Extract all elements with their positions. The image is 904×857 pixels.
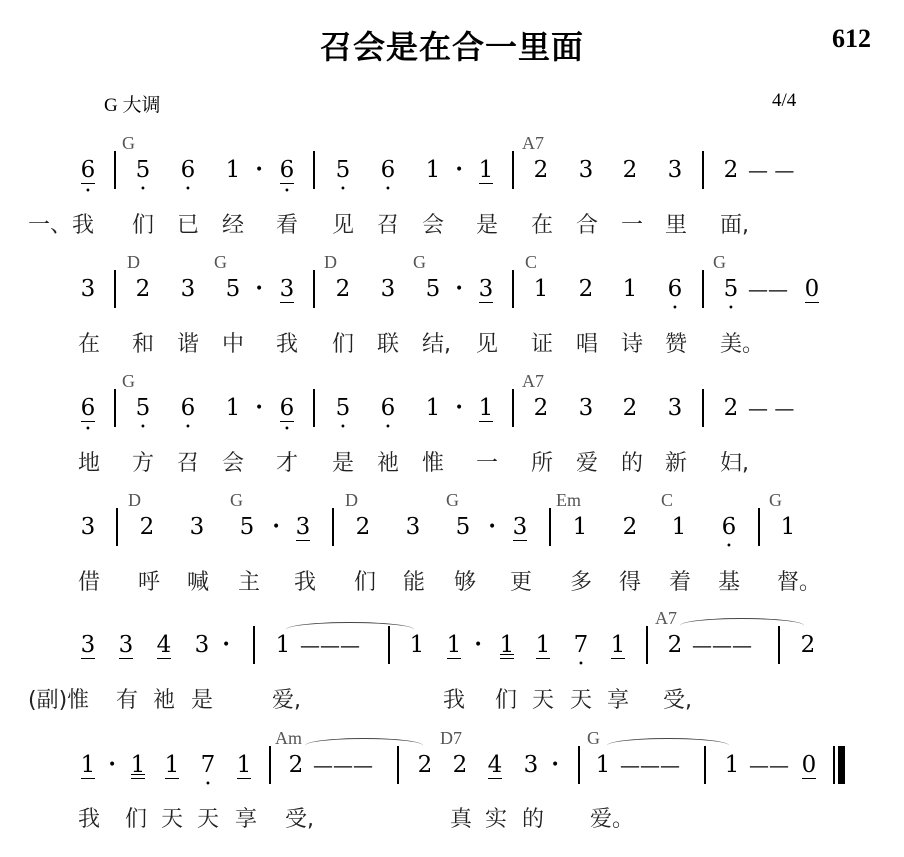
augmentation-dot: • bbox=[474, 630, 482, 660]
augmentation-dot: • bbox=[108, 750, 116, 780]
note: 7 bbox=[571, 630, 591, 660]
lyrics-line-2: 在 和 谐 中 我 们 联 结, 见 证 唱 诗 赞 美。 bbox=[0, 327, 904, 387]
note: 6 bbox=[665, 274, 685, 304]
lyrics-line-6: 我 们 天 天 享 受, 真 实 的 爱。 bbox=[0, 802, 904, 857]
chord: G bbox=[214, 252, 227, 273]
note: 3 bbox=[187, 512, 207, 542]
note: 2 bbox=[137, 512, 157, 542]
note: 2 bbox=[133, 274, 153, 304]
note: 1 bbox=[162, 750, 182, 780]
chord: G bbox=[413, 252, 426, 273]
note: 3 bbox=[576, 393, 596, 423]
barline bbox=[704, 746, 706, 784]
notation-line-2: D G D G C G 3 2 3 5 • 3 2 3 5 • 3 1 2 1 … bbox=[0, 274, 904, 334]
note: 2 bbox=[721, 393, 741, 423]
augmentation-dot: • bbox=[255, 155, 263, 185]
barline bbox=[116, 508, 118, 546]
note: 2 bbox=[353, 512, 373, 542]
lyric: 督。 bbox=[777, 565, 821, 596]
lyric: 喊 bbox=[187, 565, 209, 596]
note: 3 bbox=[277, 274, 297, 304]
lyric: 联 bbox=[377, 327, 399, 358]
note: 2 bbox=[620, 393, 640, 423]
lyric: 们 bbox=[495, 683, 517, 714]
note: 2 bbox=[620, 155, 640, 185]
lyric: 爱 bbox=[576, 446, 598, 477]
note: 4 bbox=[154, 630, 174, 660]
chord: D bbox=[127, 252, 140, 273]
hold-dash: —— bbox=[749, 750, 789, 780]
lyric: 我 bbox=[276, 327, 298, 358]
chord: D7 bbox=[440, 728, 462, 749]
lyric: 面, bbox=[720, 208, 749, 239]
chord: G bbox=[230, 490, 243, 511]
note: 3 bbox=[510, 512, 530, 542]
lyric: 合 bbox=[576, 208, 598, 239]
note: 3 bbox=[116, 630, 136, 660]
lyric: 新 bbox=[665, 446, 687, 477]
note: 6 bbox=[719, 512, 739, 542]
lyric: 我 bbox=[294, 565, 316, 596]
lyric: 证 bbox=[531, 327, 553, 358]
note: 5 bbox=[333, 155, 353, 185]
barline bbox=[313, 270, 315, 308]
note: 5 bbox=[133, 393, 153, 423]
lyric: 主 bbox=[238, 565, 260, 596]
barline bbox=[778, 626, 780, 664]
note: 6 bbox=[378, 393, 398, 423]
chord: A7 bbox=[522, 133, 544, 154]
lyric: (副)惟 bbox=[28, 683, 89, 714]
augmentation-dot: • bbox=[255, 393, 263, 423]
note: 6 bbox=[178, 393, 198, 423]
chord: Am bbox=[275, 728, 302, 749]
note: 3 bbox=[476, 274, 496, 304]
lyric: 受, bbox=[663, 683, 692, 714]
lyric: 一 bbox=[621, 208, 643, 239]
lyric: 我 bbox=[78, 802, 100, 833]
barline bbox=[332, 508, 334, 546]
hold-dash: — — bbox=[748, 155, 794, 185]
lyric: 会 bbox=[222, 446, 244, 477]
chord: C bbox=[525, 252, 537, 273]
note: 5 bbox=[133, 155, 153, 185]
lyric: 是 bbox=[332, 446, 354, 477]
lyrics-line-4: 借 呼 喊 主 我 们 能 够 更 多 得 着 基 督。 bbox=[0, 565, 904, 625]
rest: 0 bbox=[799, 750, 819, 780]
lyric: 天 bbox=[161, 802, 183, 833]
notation-line-1: G A7 6 5 6 1 • 6 5 6 1 • 1 2 3 2 3 2 — — bbox=[0, 155, 904, 215]
lyric: 爱, bbox=[272, 683, 301, 714]
note: 1 bbox=[608, 630, 628, 660]
lyric: 借 bbox=[78, 565, 100, 596]
barline bbox=[114, 389, 116, 427]
note: 2 bbox=[286, 750, 306, 780]
note: 2 bbox=[665, 630, 685, 660]
barline bbox=[702, 389, 704, 427]
lyric: 的 bbox=[621, 446, 643, 477]
lyric: 妇, bbox=[720, 446, 749, 477]
augmentation-dot: • bbox=[488, 512, 496, 542]
barline bbox=[702, 151, 704, 189]
lyric: 结, bbox=[422, 327, 451, 358]
lyric: 们 bbox=[354, 565, 376, 596]
note: 1 bbox=[533, 630, 553, 660]
lyric: 召 bbox=[177, 446, 199, 477]
lyric: 和 bbox=[132, 327, 154, 358]
hymn-number: 612 bbox=[832, 24, 871, 54]
lyric: 惟 bbox=[422, 446, 444, 477]
note: 1 bbox=[78, 750, 98, 780]
barline bbox=[397, 746, 399, 784]
lyric: 真 bbox=[450, 802, 472, 833]
time-signature: 4/4 bbox=[772, 90, 796, 112]
lyric: 祂 bbox=[153, 683, 175, 714]
note: 3 bbox=[665, 393, 685, 423]
note: 3 bbox=[403, 512, 423, 542]
note: 2 bbox=[333, 274, 353, 304]
barline bbox=[388, 626, 390, 664]
augmentation-dot: • bbox=[455, 393, 463, 423]
lyric: 天 bbox=[532, 683, 554, 714]
note: 3 bbox=[178, 274, 198, 304]
augmentation-dot: • bbox=[255, 274, 263, 304]
note: 1 bbox=[497, 630, 517, 660]
note: 2 bbox=[576, 274, 596, 304]
note: 1 bbox=[476, 155, 496, 185]
final-barline-thick bbox=[838, 746, 845, 784]
chord: Em bbox=[556, 490, 581, 511]
lyric: 见 bbox=[332, 208, 354, 239]
note: 5 bbox=[223, 274, 243, 304]
note: 2 bbox=[450, 750, 470, 780]
note: 5 bbox=[721, 274, 741, 304]
note: 6 bbox=[378, 155, 398, 185]
lyric: 一 bbox=[476, 446, 498, 477]
note: 1 bbox=[223, 393, 243, 423]
hymn-title: 召会是在合一里面 bbox=[0, 22, 904, 68]
barline bbox=[269, 746, 271, 784]
lyric: 中 bbox=[222, 327, 244, 358]
note: 1 bbox=[620, 274, 640, 304]
lyric: 天 bbox=[570, 683, 592, 714]
note: 1 bbox=[476, 393, 496, 423]
lyric: 所 bbox=[531, 446, 553, 477]
lyric: 经 bbox=[222, 208, 244, 239]
augmentation-dot: • bbox=[455, 155, 463, 185]
lyric: 们 bbox=[332, 327, 354, 358]
note: 2 bbox=[531, 155, 551, 185]
lyric: 唱 bbox=[576, 327, 598, 358]
note: 1 bbox=[423, 155, 443, 185]
hold-dash: ——— bbox=[300, 630, 360, 660]
chord: D bbox=[324, 252, 337, 273]
augmentation-dot: • bbox=[455, 274, 463, 304]
barline bbox=[114, 151, 116, 189]
notation-line-4: D G D G Em C G 3 2 3 5 • 3 2 3 5 • 3 1 2… bbox=[0, 512, 904, 572]
chord: G bbox=[446, 490, 459, 511]
note: 6 bbox=[78, 155, 98, 185]
lyric: 更 bbox=[510, 565, 532, 596]
note: 3 bbox=[78, 630, 98, 660]
note: 3 bbox=[78, 274, 98, 304]
note: 2 bbox=[721, 155, 741, 185]
lyric: 多 bbox=[570, 565, 592, 596]
lyric: 实 bbox=[485, 802, 507, 833]
note: 2 bbox=[415, 750, 435, 780]
note: 4 bbox=[485, 750, 505, 780]
note: 3 bbox=[192, 630, 212, 660]
barline bbox=[114, 270, 116, 308]
note: 1 bbox=[722, 750, 742, 780]
note: 3 bbox=[78, 512, 98, 542]
chord: G bbox=[713, 252, 726, 273]
lyric: 召 bbox=[377, 208, 399, 239]
lyric: 有 bbox=[116, 683, 138, 714]
note: 1 bbox=[407, 630, 427, 660]
barline bbox=[549, 508, 551, 546]
lyric: 们 bbox=[125, 802, 147, 833]
chord: G bbox=[769, 490, 782, 511]
note: 1 bbox=[273, 630, 293, 660]
key-signature: G 大调 bbox=[104, 90, 160, 117]
note: 3 bbox=[521, 750, 541, 780]
lyric: 谐 bbox=[177, 327, 199, 358]
note: 3 bbox=[576, 155, 596, 185]
lyric: 呼 bbox=[138, 565, 160, 596]
hold-dash: ——— bbox=[313, 750, 373, 780]
lyric: 诗 bbox=[621, 327, 643, 358]
lyric: 天 bbox=[197, 802, 219, 833]
lyric: 爱。 bbox=[590, 802, 634, 833]
lyric: 地 bbox=[78, 446, 100, 477]
lyric: 赞 bbox=[665, 327, 687, 358]
note: 2 bbox=[798, 630, 818, 660]
lyric: 在 bbox=[531, 208, 553, 239]
final-barline-thin bbox=[833, 746, 835, 784]
note: 3 bbox=[293, 512, 313, 542]
chord: D bbox=[128, 490, 141, 511]
augmentation-dot: • bbox=[551, 750, 559, 780]
barline bbox=[646, 626, 648, 664]
lyric: 享 bbox=[607, 683, 629, 714]
lyric: 享 bbox=[235, 802, 257, 833]
barline bbox=[702, 270, 704, 308]
lyric: 得 bbox=[619, 565, 641, 596]
chord: A7 bbox=[655, 608, 677, 629]
lyric: 是 bbox=[191, 683, 213, 714]
hold-dash: — — bbox=[748, 393, 794, 423]
lyric: 能 bbox=[403, 565, 425, 596]
lyric: 是 bbox=[476, 208, 498, 239]
lyric: 基 bbox=[718, 565, 740, 596]
lyric: 一、我 bbox=[28, 208, 94, 239]
notation-line-6: Am D7 G 1 • 1 1 7 1 2 ——— 2 2 4 3 • 1 ——… bbox=[0, 750, 904, 810]
lyric: 见 bbox=[476, 327, 498, 358]
barline bbox=[512, 389, 514, 427]
lyric: 会 bbox=[422, 208, 444, 239]
note: 1 bbox=[223, 155, 243, 185]
barline bbox=[253, 626, 255, 664]
note: 6 bbox=[78, 393, 98, 423]
chord: G bbox=[122, 371, 135, 392]
lyric: 里 bbox=[665, 208, 687, 239]
lyric: 在 bbox=[78, 327, 100, 358]
lyric: 祂 bbox=[377, 446, 399, 477]
barline bbox=[512, 270, 514, 308]
note: 7 bbox=[198, 750, 218, 780]
barline bbox=[512, 151, 514, 189]
rest: 0 bbox=[802, 274, 822, 304]
notation-line-3: G A7 6 5 6 1 • 6 5 6 1 • 1 2 3 2 3 2 — — bbox=[0, 393, 904, 453]
note: 1 bbox=[234, 750, 254, 780]
lyric: 够 bbox=[454, 565, 476, 596]
lyric: 们 bbox=[132, 208, 154, 239]
note: 1 bbox=[778, 512, 798, 542]
lyric: 看 bbox=[276, 208, 298, 239]
note: 1 bbox=[593, 750, 613, 780]
barline bbox=[758, 508, 760, 546]
note: 1 bbox=[531, 274, 551, 304]
note: 5 bbox=[423, 274, 443, 304]
note: 1 bbox=[128, 750, 148, 780]
note: 5 bbox=[237, 512, 257, 542]
note: 5 bbox=[333, 393, 353, 423]
note: 1 bbox=[570, 512, 590, 542]
hold-dash: ——— bbox=[620, 750, 680, 780]
note: 3 bbox=[665, 155, 685, 185]
barline bbox=[313, 151, 315, 189]
lyric: 着 bbox=[669, 565, 691, 596]
augmentation-dot: • bbox=[222, 630, 230, 660]
chord: G bbox=[122, 133, 135, 154]
hold-dash: —— bbox=[748, 274, 788, 304]
note: 2 bbox=[531, 393, 551, 423]
chord: D bbox=[345, 490, 358, 511]
note: 1 bbox=[423, 393, 443, 423]
note: 2 bbox=[620, 512, 640, 542]
note: 1 bbox=[669, 512, 689, 542]
note: 6 bbox=[277, 155, 297, 185]
note: 6 bbox=[178, 155, 198, 185]
lyric: 美。 bbox=[720, 327, 764, 358]
augmentation-dot: • bbox=[272, 512, 280, 542]
barline bbox=[578, 746, 580, 784]
lyric: 方 bbox=[132, 446, 154, 477]
barline bbox=[313, 389, 315, 427]
note: 1 bbox=[444, 630, 464, 660]
lyric: 我 bbox=[443, 683, 465, 714]
lyric: 已 bbox=[177, 208, 199, 239]
note: 5 bbox=[453, 512, 473, 542]
lyric: 受, bbox=[285, 802, 314, 833]
notation-line-5: A7 3 3 4 3 • 1 ——— 1 1 • 1 1 7 1 2 ——— 2 bbox=[0, 630, 904, 690]
chord: G bbox=[587, 728, 600, 749]
note: 6 bbox=[277, 393, 297, 423]
hold-dash: ——— bbox=[692, 630, 752, 660]
chord: A7 bbox=[522, 371, 544, 392]
note: 3 bbox=[378, 274, 398, 304]
lyric: 的 bbox=[522, 802, 544, 833]
chord: C bbox=[661, 490, 673, 511]
lyric: 才 bbox=[276, 446, 298, 477]
